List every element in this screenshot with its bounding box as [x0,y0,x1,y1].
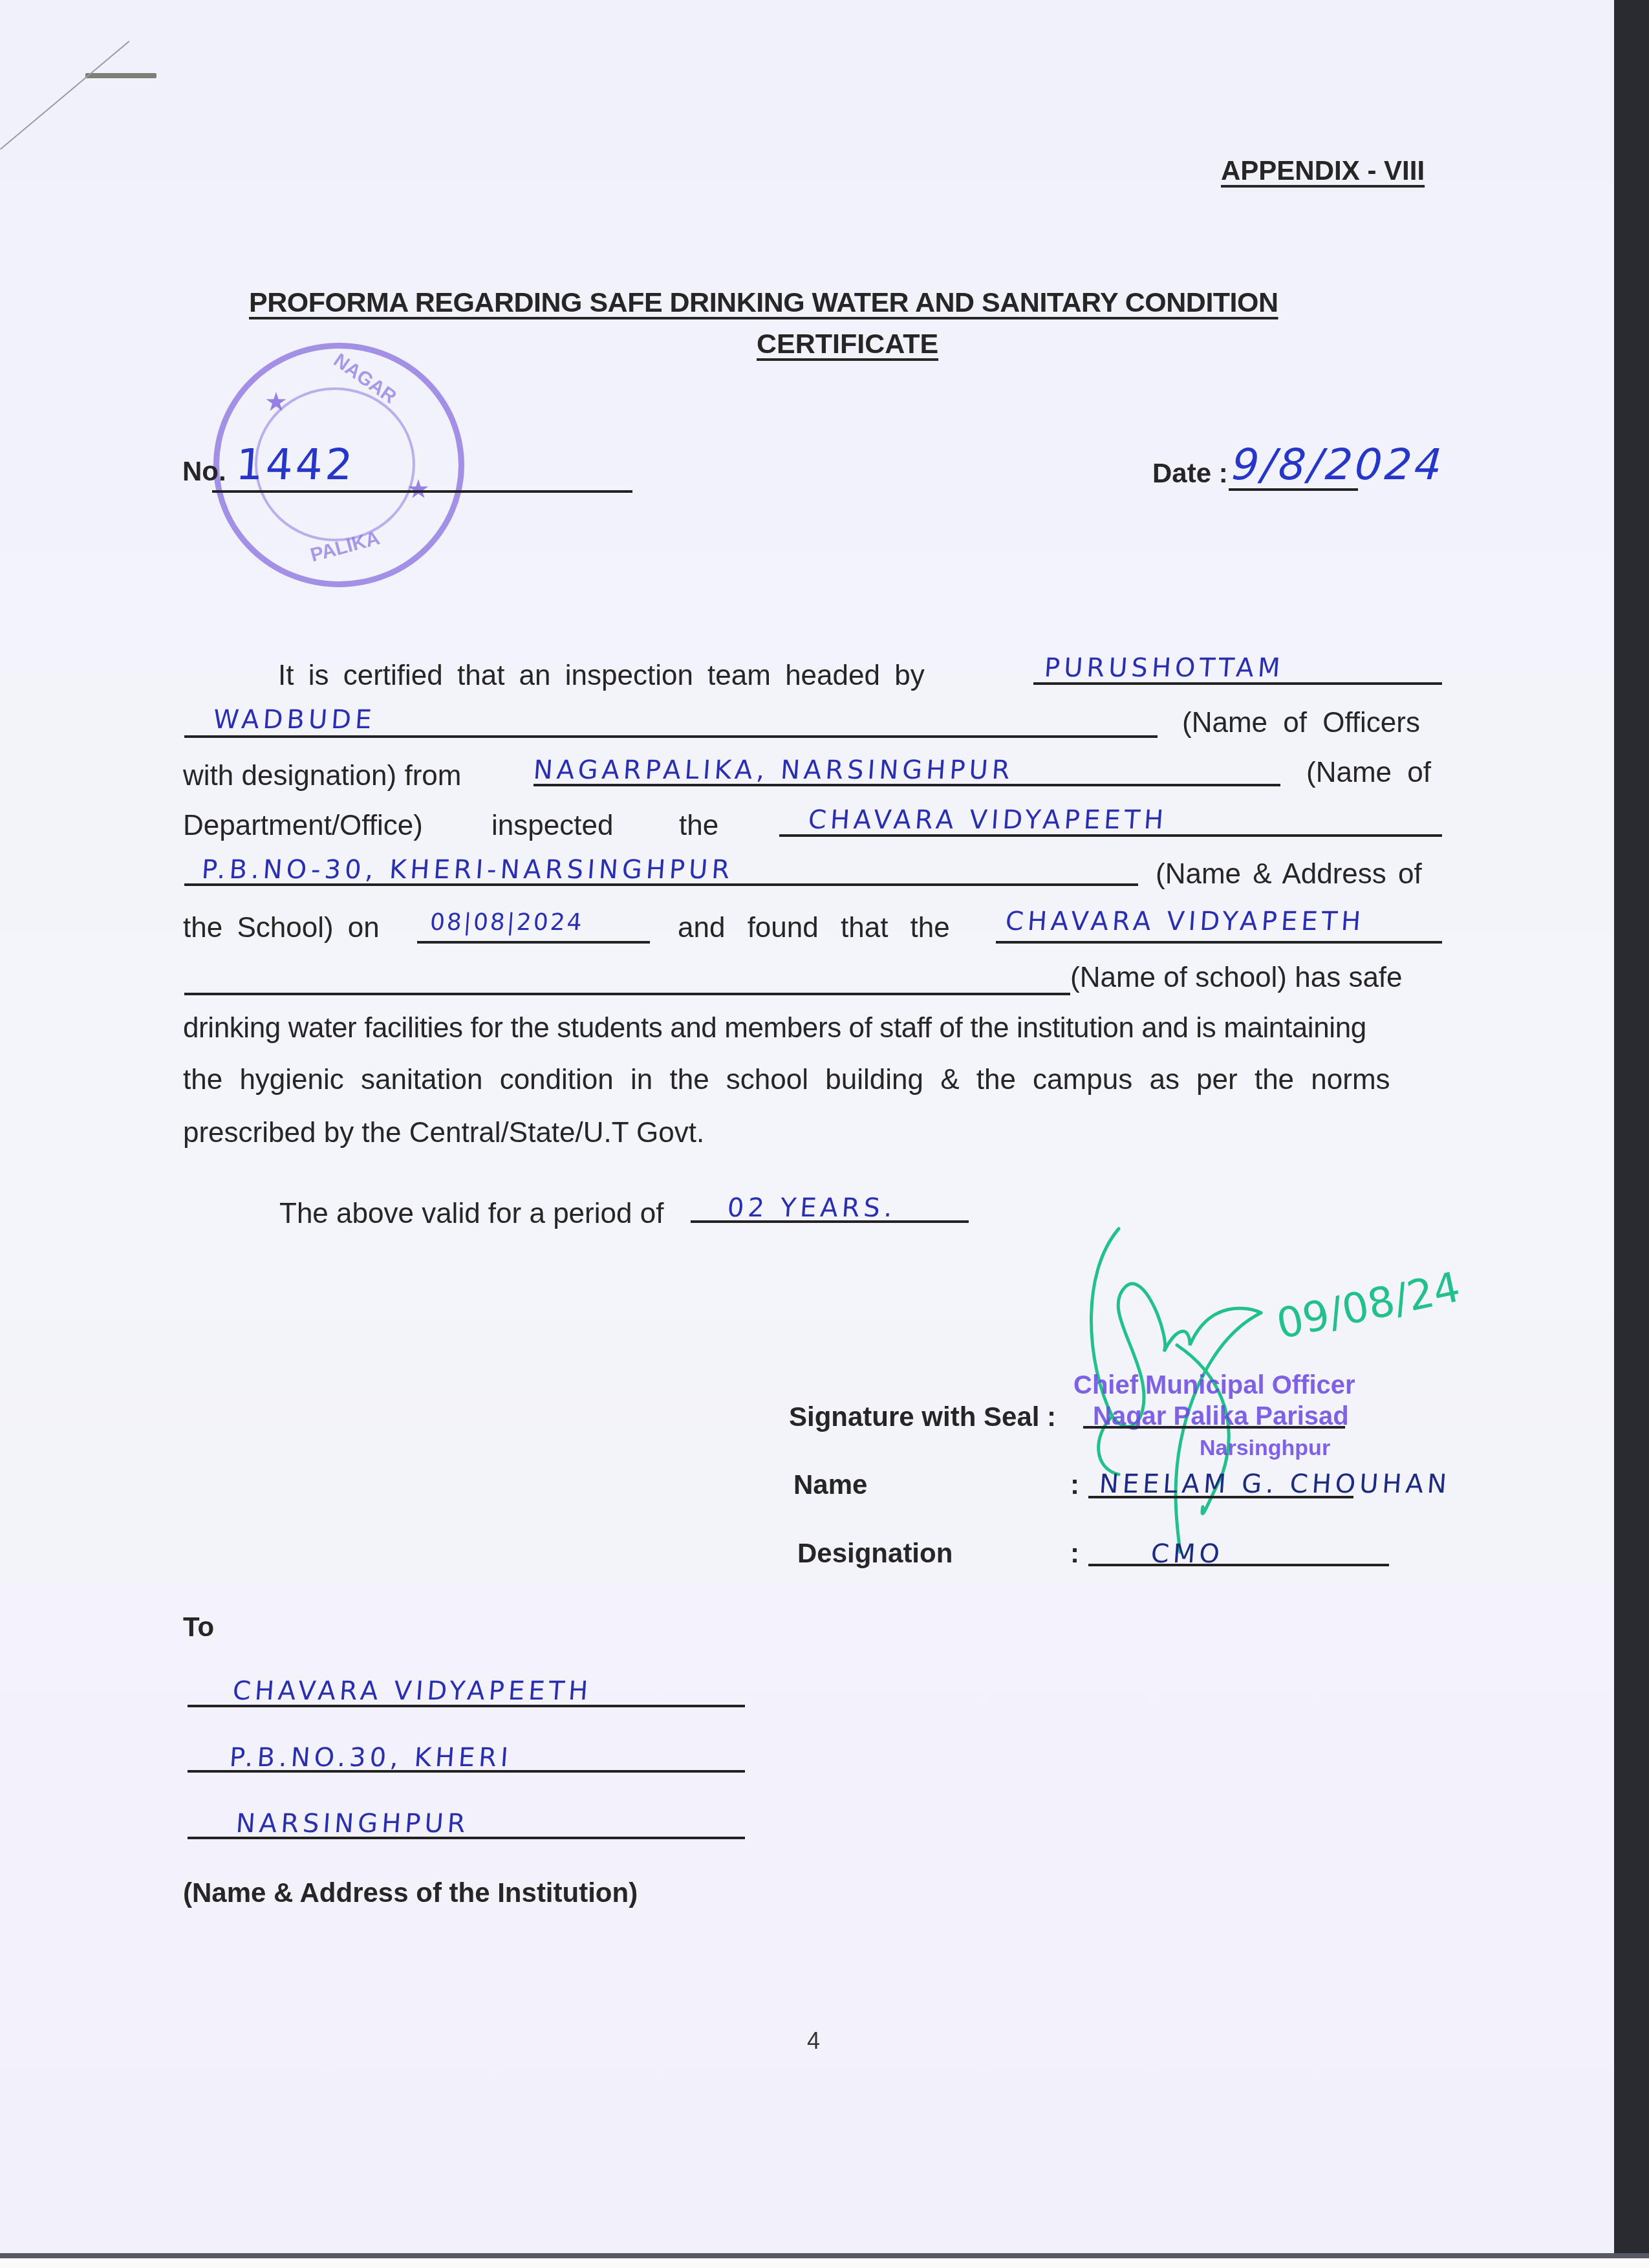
found-that-label: and found that the [678,912,950,944]
body-line-7: (Name of school) has safe [1070,962,1403,994]
number-underline [212,490,632,493]
name-underline [1088,1496,1353,1498]
officer-underline-2 [184,735,1158,738]
department-office-label: Department/Office) [183,810,423,842]
recipient-underline-2 [188,1770,745,1773]
date-label: Date : [1152,458,1228,489]
page-number: 4 [807,2027,820,2055]
inspected-label: inspected [491,810,613,842]
scanner-bottom-edge [0,2253,1649,2258]
officer-suffix: (Name of Officers [1182,707,1420,739]
certificate-title-line2: CERTIFICATE [757,329,938,360]
name-label: Name [793,1469,867,1500]
recipient-underline-1 [188,1705,745,1707]
designation-colon: : [1070,1538,1079,1569]
body-line-9: the hygienic sanitation condition in the… [183,1064,1390,1096]
body-line-1: It is certified that an inspection team … [278,660,925,692]
svg-text:09/08/24: 09/08/24 [1273,1264,1465,1349]
recipient-line-2: P.B.NO.30, KHERI [228,1743,513,1773]
recipient-line-1: CHAVARA VIDYAPEETH [232,1676,592,1706]
recipient-line-3: NARSINGHPUR [235,1809,470,1839]
address-suffix: (Name & Address of [1156,858,1422,891]
school-name-found: CHAVARA VIDYAPEETH [1004,907,1365,936]
validity-value: 02 YEARS. [726,1193,897,1223]
inspection-date-underline [417,941,650,944]
to-label: To [183,1612,214,1643]
certificate-number: 1442 [234,440,356,490]
school-address: P.B.NO-30, KHERI-NARSINGHPUR [200,855,734,885]
school-name-underline [779,834,1442,837]
date-underline [1229,488,1358,491]
body-line-8: drinking water facilities for the studen… [183,1012,1366,1044]
school-name-blank-underline [184,993,1070,995]
body-line-6: the School) on [183,912,380,944]
scanner-right-edge [1614,0,1649,2268]
inspection-date: 08|08|2024 [429,909,585,936]
validity-underline [691,1220,969,1223]
recipient-caption: (Name & Address of the Institution) [183,1877,638,1908]
certificate-title: PROFORMA REGARDING SAFE DRINKING WATER A… [249,287,1278,319]
officer-underline-1 [1033,682,1442,685]
designation-label: Designation [797,1538,953,1569]
document-page: APPENDIX - VIII PROFORMA REGARDING SAFE … [0,0,1614,2253]
name-colon: : [1070,1469,1079,1500]
the-label: the [679,810,718,842]
seal-line-3: Narsinghpur [1200,1436,1330,1461]
appendix-label: APPENDIX - VIII [1221,155,1425,186]
body-line-3: with designation) from [183,760,461,792]
body-line-10: prescribed by the Central/State/U.T Govt… [183,1117,704,1149]
scanner-bottom-margin [0,2258,1649,2268]
designation-underline [1088,1564,1389,1566]
date-value: 9/8/2024 [1230,440,1446,490]
school-name: CHAVARA VIDYAPEETH [807,805,1168,835]
school-name-found-underline [996,941,1442,944]
school-address-underline [184,883,1138,886]
star-icon: ★ [264,387,288,417]
department-suffix: (Name of [1306,757,1431,789]
seal-line-1: Chief Municipal Officer [1073,1371,1355,1400]
department-underline [533,784,1280,786]
signature-label: Signature with Seal : [789,1401,1056,1432]
star-icon: ★ [407,475,430,504]
officer-name-part1: PURUSHOTTAM [1043,653,1285,683]
staple-mark [85,73,156,78]
signature-underline [1083,1426,1345,1429]
signatory-name: NEELAM G. CHOUHAN [1098,1469,1451,1499]
officer-name-part2: WADBUDE [212,705,376,735]
recipient-underline-3 [188,1837,745,1839]
number-label: No. [182,456,226,487]
department-value: NAGARPALIKA, NARSINGHPUR [532,755,1015,785]
validity-label: The above valid for a period of [279,1198,663,1230]
paper-fold-line [0,41,129,150]
